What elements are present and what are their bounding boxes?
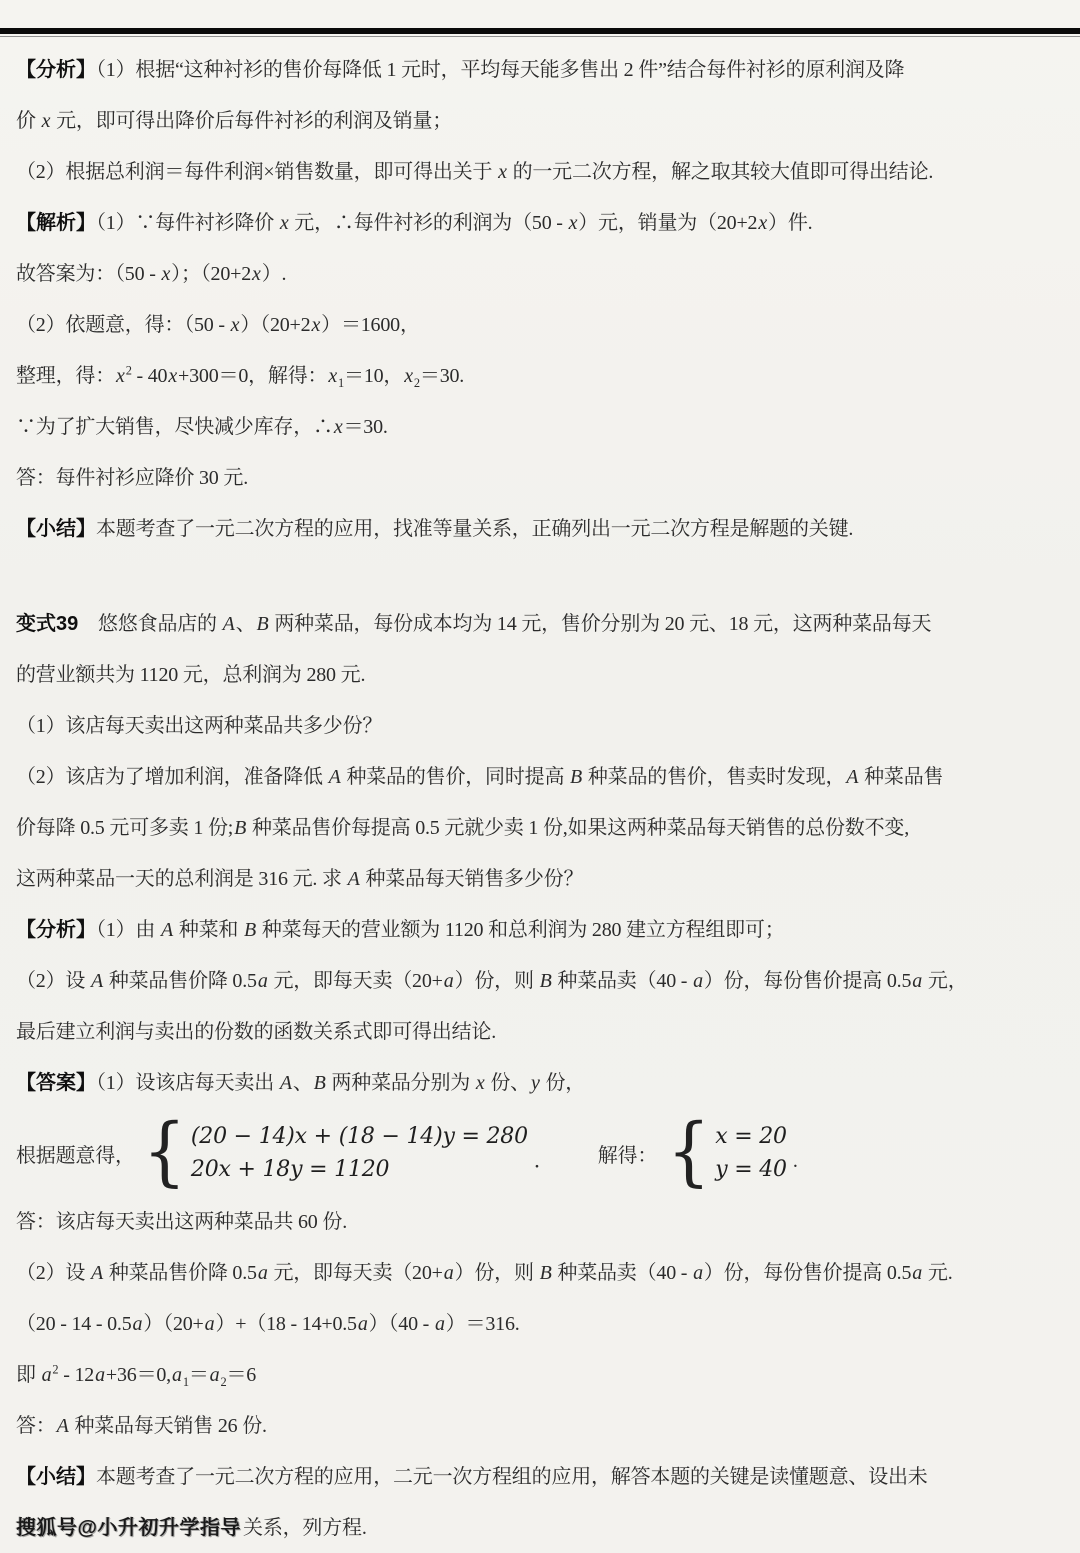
text-line: （2）依题意，得：（50 - x）（20+2x）＝1600，	[16, 300, 1064, 351]
text-segment: 价	[16, 110, 41, 132]
text-segment: ）；（20+2	[171, 263, 251, 285]
text-segment: x	[41, 110, 52, 132]
left-brace-icon: {	[143, 1116, 186, 1191]
text-segment: ＝10，	[344, 365, 403, 387]
text-segment: x	[310, 314, 321, 336]
equation-system-row: 根据题意得， { (20 − 14)x + (18 − 14)y = 280 2…	[16, 1109, 1064, 1197]
text-line: 的营业额共为 1120 元，总利润为 280 元.	[16, 650, 1064, 701]
text-segment: A	[160, 919, 174, 941]
text-segment: 价每降 0.5 元可多卖 1 份;	[16, 817, 233, 839]
text-segment: 的营业额共为 1120 元，总利润为 280 元.	[16, 664, 365, 686]
text-line: 即 a2 - 12a+36＝0,a1＝a2＝6	[16, 1350, 1064, 1401]
text-line: 答：每件衬衫应降价 30 元.	[16, 453, 1064, 504]
text-segment: 种菜品卖（40 -	[553, 1262, 692, 1284]
equation-intro-text: 根据题意得，	[16, 1139, 135, 1168]
text-segment: x	[757, 212, 768, 234]
text-line: 【小结】本题考查了一元二次方程的应用，找准等量关系，正确列出一元二次方程是解题的…	[16, 504, 1064, 555]
text-segment: a	[357, 1313, 369, 1335]
text-segment: x	[497, 161, 508, 183]
text-segment: 悠悠食品店的	[78, 613, 221, 635]
equation-system-1: { (20 − 14)x + (18 − 14)y = 280 20x + 18…	[143, 1119, 554, 1187]
text-segment: 、	[293, 1072, 313, 1094]
text-segment: x	[251, 263, 262, 285]
text-segment: a	[41, 1364, 53, 1386]
text-line: 【小结】本题考查了一元二次方程的应用，二元一次方程组的应用，解答本题的关键是读懂…	[16, 1452, 1064, 1503]
text-segment: 种菜品售价降 0.5	[104, 1262, 257, 1284]
text-segment: ）+（18 - 14+0.5	[215, 1313, 356, 1335]
text-segment: 两种菜品分别为	[327, 1072, 475, 1094]
text-segment: ）＝1600，	[321, 314, 420, 336]
text-segment: 即	[16, 1364, 41, 1386]
text-line: 变式39 悠悠食品店的 A、B 两种菜品，每份成本均为 14 元，售价分别为 2…	[16, 599, 1064, 650]
text-line: 【解析】（1）∵每件衬衫降价 x 元，∴每件衬衫的利润为（50 - x）元，销量…	[16, 198, 1064, 249]
text-segment: a	[257, 970, 269, 992]
text-segment: 种菜每天的营业额为 1120 和总利润为 280 建立方程组即可；	[257, 919, 784, 941]
text-segment: a	[171, 1364, 183, 1386]
text-segment: 答：每件衬衫应降价 30 元.	[16, 467, 248, 489]
text-segment: a	[911, 970, 923, 992]
text-segment: B	[569, 766, 583, 788]
system-1-line-1: (20 − 14)x + (18 − 14)y = 280	[191, 1120, 528, 1153]
text-segment: B	[539, 970, 553, 992]
paragraph-spacer	[16, 555, 1064, 599]
text-line: （1）该店每天卖出这两种菜品共多少份？	[16, 701, 1064, 752]
equation-system-2: { x = 20 y = 40 .	[667, 1119, 798, 1187]
text-segment: - 40	[132, 365, 168, 387]
text-segment: 份，	[541, 1072, 585, 1094]
section-label: 【解析】	[16, 212, 96, 234]
text-segment: x	[160, 263, 171, 285]
text-segment: 的一元二次方程，解之取其较大值即可得出结论.	[508, 161, 933, 183]
text-segment: ）份，则	[455, 1262, 539, 1284]
text-segment: ＝30.	[344, 416, 388, 438]
text-segment: B	[233, 817, 247, 839]
text-segment: +36＝0,	[106, 1364, 171, 1386]
text-line: （20 - 14 - 0.5a）（20+a）+（18 - 14+0.5a）（40…	[16, 1299, 1064, 1350]
text-line: （2）设 A 种菜品售价降 0.5a 元，即每天卖（20+a）份，则 B 种菜品…	[16, 956, 1064, 1007]
text-segment: ）元，销量为（20+2	[578, 212, 757, 234]
text-segment: +300＝0，解得：	[178, 365, 327, 387]
text-segment: 元，	[923, 970, 967, 992]
system-2-line-1: x = 20	[715, 1120, 787, 1153]
watermark-tail-text: 关系，列方程.	[243, 1517, 367, 1539]
text-segment: （1）根据“这种衬衫的售价每降低 1 元时，平均每天能多售出 2 件”结合每件衬…	[96, 59, 904, 81]
text-segment: 种菜品的售价，售卖时发现，	[583, 766, 845, 788]
text-segment: x	[475, 1072, 486, 1094]
text-segment: 两种菜品，每份成本均为 14 元，售价分别为 20 元、18 元，这两种菜品每天	[270, 613, 932, 635]
text-line: 【分析】（1）由 A 种菜和 B 种菜每天的营业额为 1120 和总利润为 28…	[16, 905, 1064, 956]
text-segment: A	[328, 766, 342, 788]
watermark-line: 搜狐号@小升初升学指导关系，列方程.	[16, 1503, 1064, 1553]
solve-label: 解得：	[598, 1139, 657, 1168]
text-segment: （2）设	[16, 970, 90, 992]
text-segment: 答：	[16, 1415, 56, 1437]
text-segment: ＝30.	[420, 365, 464, 387]
text-segment: 最后建立利润与卖出的份数的函数关系式即可得出结论.	[16, 1021, 496, 1043]
text-segment: x	[568, 212, 579, 234]
text-segment: 种菜品的售价，同时提高	[342, 766, 569, 788]
text-segment: 本题考查了一元二次方程的应用，二元一次方程组的应用，解答本题的关键是读懂题意、设…	[96, 1466, 928, 1488]
text-segment: （1）该店每天卖出这两种菜品共多少份？	[16, 715, 382, 737]
text-segment: ）.	[262, 263, 287, 285]
section-label: 【小结】	[16, 1466, 96, 1488]
text-segment: ∵为了扩大销售，尽快减少库存，∴	[16, 416, 333, 438]
text-line: 这两种菜品一天的总利润是 316 元. 求 A 种菜品每天销售多少份？	[16, 854, 1064, 905]
system-2-line-2: y = 40	[715, 1153, 787, 1186]
text-segment: （2）依题意，得：（50 -	[16, 314, 230, 336]
text-segment: ）（40 -	[369, 1313, 434, 1335]
text-segment: a	[94, 1364, 106, 1386]
text-segment: 元，∴每件衬衫的利润为（50 -	[290, 212, 568, 234]
text-segment: 整理，得：	[16, 365, 115, 387]
text-segment: A	[90, 1262, 104, 1284]
system-1-line-2: 20x + 18y = 1120	[191, 1153, 528, 1186]
text-segment: B	[256, 613, 270, 635]
text-segment: 元，即可得出降价后每件衬衫的利润及销量；	[51, 110, 452, 132]
text-line: （2）根据总利润＝每件利润×销售数量，即可得出关于 x 的一元二次方程，解之取其…	[16, 147, 1064, 198]
section-label: 【分析】	[16, 919, 96, 941]
text-segment: （1）设该店每天卖出	[96, 1072, 279, 1094]
top-rule	[0, 28, 1080, 34]
text-line: ∵为了扩大销售，尽快减少库存，∴x＝30.	[16, 402, 1064, 453]
text-segment: ＝	[189, 1364, 209, 1386]
text-segment: 种菜品卖（40 -	[553, 970, 692, 992]
text-segment: x	[230, 314, 241, 336]
text-segment: A	[222, 613, 236, 635]
solution-block-2: 答：该店每天卖出这两种菜品共 60 份.（2）设 A 种菜品售价降 0.5a 元…	[16, 1197, 1064, 1503]
text-line: 【答案】（1）设该店每天卖出 A、B 两种菜品分别为 x 份、y 份，	[16, 1058, 1064, 1109]
text-segment: （1）∵每件衬衫降价	[96, 212, 279, 234]
section-label: 变式39	[16, 613, 78, 635]
text-segment: ）（20+2	[240, 314, 310, 336]
text-segment: 种菜品每天销售 26 份.	[70, 1415, 267, 1437]
equation-period: ．	[534, 1144, 554, 1173]
text-segment: a	[209, 1364, 221, 1386]
text-segment: A	[347, 868, 361, 890]
system-2-solutions: x = 20 y = 40	[715, 1120, 787, 1186]
text-segment: A	[90, 970, 104, 992]
text-line: （2）设 A 种菜品售价降 0.5a 元，即每天卖（20+a）份，则 B 种菜品…	[16, 1248, 1064, 1299]
text-segment: a	[443, 1262, 455, 1284]
section-label: 【小结】	[16, 518, 96, 540]
text-segment: （1）由	[96, 919, 160, 941]
text-line: 答：该店每天卖出这两种菜品共 60 份.	[16, 1197, 1064, 1248]
text-segment: A	[845, 766, 859, 788]
text-segment: ）份，每份售价提高 0.5	[704, 1262, 911, 1284]
text-segment: 这两种菜品一天的总利润是 316 元. 求	[16, 868, 347, 890]
text-segment: ＝6	[226, 1364, 256, 1386]
text-segment: a	[692, 1262, 704, 1284]
text-line: 最后建立利润与卖出的份数的函数关系式即可得出结论.	[16, 1007, 1064, 1058]
section-label: 【答案】	[16, 1072, 96, 1094]
text-line: 价 x 元，即可得出降价后每件衬衫的利润及销量；	[16, 96, 1064, 147]
left-brace-icon: {	[667, 1116, 710, 1191]
text-segment: （2）该店为了增加利润，准备降低	[16, 766, 328, 788]
text-segment: a	[434, 1313, 446, 1335]
text-segment: B	[539, 1262, 553, 1284]
text-segment: a	[443, 970, 455, 992]
text-segment: ）＝316.	[446, 1313, 520, 1335]
text-segment: 元.	[923, 1262, 952, 1284]
text-line: 答：A 种菜品每天销售 26 份.	[16, 1401, 1064, 1452]
text-segment: A	[56, 1415, 70, 1437]
watermark-souhu: 搜狐号@小升初升学指导	[16, 1517, 241, 1539]
document-body: 【分析】（1）根据“这种衬衫的售价每降低 1 元时，平均每天能多售出 2 件”结…	[0, 37, 1080, 1553]
text-segment: ）（20+	[143, 1313, 203, 1335]
text-segment: a	[257, 1262, 269, 1284]
text-segment: 元，即每天卖（20+	[269, 1262, 443, 1284]
text-segment: - 12	[58, 1364, 94, 1386]
text-segment: 种菜品售价降 0.5	[104, 970, 257, 992]
text-segment: 、	[236, 613, 256, 635]
text-segment: （2）根据总利润＝每件利润×销售数量，即可得出关于	[16, 161, 497, 183]
text-segment: ）份，每份售价提高 0.5	[704, 970, 911, 992]
text-segment: ）份，则	[455, 970, 539, 992]
text-segment: y	[530, 1072, 541, 1094]
text-segment: 答：该店每天卖出这两种菜品共 60 份.	[16, 1211, 347, 1233]
text-segment: 种菜和	[174, 919, 243, 941]
text-segment: x	[403, 365, 414, 387]
text-segment: 元，即每天卖（20+	[269, 970, 443, 992]
text-segment: 种菜品售	[859, 766, 943, 788]
text-segment: x	[327, 365, 338, 387]
text-line: 价每降 0.5 元可多卖 1 份;B 种菜品售价每提高 0.5 元就少卖 1 份…	[16, 803, 1064, 854]
section-label: 【分析】	[16, 59, 96, 81]
text-segment: 本题考查了一元二次方程的应用，找准等量关系，正确列出一元二次方程是解题的关键.	[96, 518, 853, 540]
text-segment: 份、	[486, 1072, 530, 1094]
text-segment: B	[243, 919, 257, 941]
text-segment: a	[204, 1313, 216, 1335]
text-segment: 故答案为：（50 -	[16, 263, 160, 285]
text-segment: 种菜品每天销售多少份？	[361, 868, 584, 890]
text-segment: B	[313, 1072, 327, 1094]
text-segment: x	[333, 416, 344, 438]
solution-period: .	[793, 1150, 798, 1173]
text-segment: a	[132, 1313, 144, 1335]
text-line: （2）该店为了增加利润，准备降低 A 种菜品的售价，同时提高 B 种菜品的售价，…	[16, 752, 1064, 803]
solution-block-1: 【分析】（1）根据“这种衬衫的售价每降低 1 元时，平均每天能多售出 2 件”结…	[16, 45, 1064, 1109]
text-segment: 种菜品售价每提高 0.5 元就少卖 1 份,如果这两种菜品每天销售的总份数不变,	[247, 817, 909, 839]
text-segment: （20 - 14 - 0.5	[16, 1313, 132, 1335]
text-segment: （2）设	[16, 1262, 90, 1284]
scanned-worksheet-page: 【分析】（1）根据“这种衬衫的售价每降低 1 元时，平均每天能多售出 2 件”结…	[0, 0, 1080, 1553]
text-line: 【分析】（1）根据“这种衬衫的售价每降低 1 元时，平均每天能多售出 2 件”结…	[16, 45, 1064, 96]
text-segment: x	[279, 212, 290, 234]
text-line: 整理，得：x2 - 40x+300＝0，解得：x1＝10，x2＝30.	[16, 351, 1064, 402]
text-segment: x	[115, 365, 126, 387]
text-segment: a	[911, 1262, 923, 1284]
text-segment: a	[692, 970, 704, 992]
text-segment: A	[279, 1072, 293, 1094]
text-segment: x	[167, 365, 178, 387]
text-line: 故答案为：（50 - x）；（20+2x）.	[16, 249, 1064, 300]
text-segment: ）件.	[768, 212, 812, 234]
system-1-equations: (20 − 14)x + (18 − 14)y = 280 20x + 18y …	[191, 1120, 528, 1186]
